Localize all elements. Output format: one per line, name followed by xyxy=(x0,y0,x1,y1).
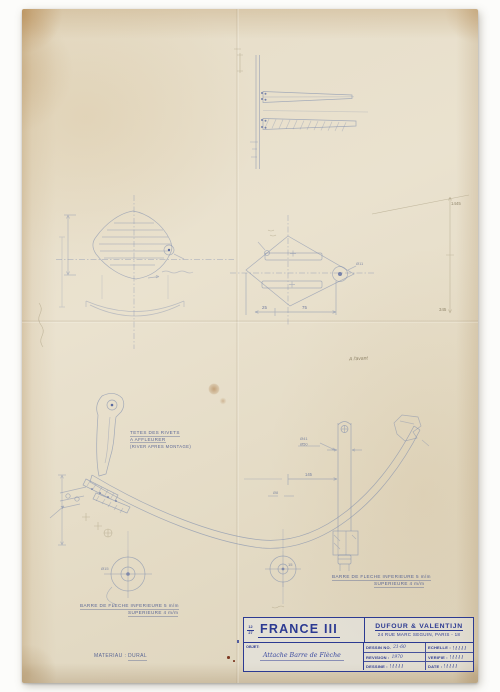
field-dessin-value: 21-60 xyxy=(393,645,406,650)
company-address: 24 RUE MARC SEGUIN, PARIS - 18 xyxy=(378,632,460,637)
material-note: MATERIAU : DURAL xyxy=(94,653,147,661)
field-dessin: DESSIN NO. 21-60 xyxy=(364,643,426,652)
field-revision-label: REVISION : xyxy=(366,655,390,660)
field-dessin-label: DESSIN NO. xyxy=(366,645,391,650)
diamond-plate-detail: 25 75 Ø11 xyxy=(230,215,374,325)
sheet-number: 12 27 xyxy=(247,625,254,634)
dim-label: Ø15 xyxy=(101,566,109,571)
title-block-fields: DESSIN NO. 21-60 ECHELLE : REVISION : 19… xyxy=(364,643,473,670)
pencil-dim-label: 1445 xyxy=(451,201,461,206)
title-block-bottom-row: OBJET: Attache Barre de Flèche DESSIN NO… xyxy=(244,643,473,670)
material-note-label: MATERIAU : xyxy=(94,653,126,659)
title-block: 12 27 FRANCE III DUFOUR & VALENTIJN 24 R… xyxy=(243,617,474,672)
field-date-label: DATE : xyxy=(428,664,442,669)
dim-label: Ø8 xyxy=(273,491,278,495)
field-verifie: VERIFIE : xyxy=(426,652,473,661)
dim-label: 25 xyxy=(262,305,267,310)
pencil-dim-label: 345 xyxy=(439,307,447,312)
registration-tick xyxy=(237,640,239,643)
objet-value-handwritten: Attache Barre de Flèche xyxy=(260,652,344,661)
sheet-number-bottom: 27 xyxy=(248,631,252,635)
right-spreader-note-line2: SUPERIEURE 4 m/m xyxy=(374,581,424,588)
field-date-handwritten-value xyxy=(444,664,457,668)
field-verifie-label: VERIFIE : xyxy=(428,655,448,660)
left-spreader-note-line1: BARRE DE FLECHE INFERIEURE 5 m/m xyxy=(80,603,179,610)
left-spreader-note: BARRE DE FLECHE INFERIEURE 5 m/m xyxy=(80,603,179,610)
right-spreader-note: BARRE DE FLECHE INFERIEURE 5 m/m xyxy=(332,574,431,581)
material-note-value: DURAL xyxy=(128,653,147,661)
rivets-note: TETES DES RIVETS A AFFLEURER (RIVER APRE… xyxy=(130,430,191,450)
dim-label: 75 xyxy=(302,305,307,310)
left-spreader-note-line2: SUPERIEURE 4 m/m xyxy=(128,610,178,617)
field-echelle-handwritten-value xyxy=(453,646,466,650)
field-dessine-label: DESSINE : xyxy=(366,664,388,669)
field-verifie-handwritten-value xyxy=(450,655,463,659)
right-spreader-note-2: SUPERIEURE 4 m/m xyxy=(374,581,424,588)
right-spreader-note-line1: BARRE DE FLECHE INFERIEURE 5 m/m xyxy=(332,574,431,581)
rivets-note-line2: A AFFLEURER xyxy=(130,437,166,444)
field-date: DATE : xyxy=(426,661,473,670)
objet-label: OBJET: xyxy=(246,645,260,649)
title-block-top-row: 12 27 FRANCE III DUFOUR & VALENTIJN 24 R… xyxy=(244,618,473,643)
title-cell: 12 27 FRANCE III xyxy=(244,618,364,642)
dim-label: 145 xyxy=(305,472,313,477)
field-echelle-label: ECHELLE : xyxy=(428,645,451,650)
field-dessine: DESSINE : xyxy=(364,661,426,670)
ink-speck xyxy=(233,660,235,662)
objet-cell: OBJET: Attache Barre de Flèche xyxy=(244,643,364,670)
pencil-front-note-text: A l'avant xyxy=(349,356,368,363)
field-revision: REVISION : 1970 xyxy=(364,652,426,661)
pencil-front-note: A l'avant xyxy=(349,356,368,363)
company-cell: DUFOUR & VALENTIJN 24 RUE MARC SEGUIN, P… xyxy=(364,618,473,642)
field-revision-value: 1970 xyxy=(392,655,403,660)
drawing-title: FRANCE III xyxy=(258,622,340,638)
dim-label: Ø50 xyxy=(300,442,308,447)
pencil-marks: 1445 345 xyxy=(39,49,469,608)
photo-of-blueprint: 25 75 Ø11 xyxy=(0,0,500,692)
field-dessine-handwritten-value xyxy=(390,664,403,668)
mast-spreader-side-view xyxy=(250,55,368,169)
field-echelle: ECHELLE : xyxy=(426,643,473,652)
dim-label: Ø11 xyxy=(356,261,364,266)
rivets-note-line1: TETES DES RIVETS xyxy=(130,430,180,437)
company-name: DUFOUR & VALENTIJN xyxy=(375,623,463,632)
left-spreader-note-2: SUPERIEURE 4 m/m xyxy=(128,610,178,617)
dim-label: Ø41 xyxy=(300,436,308,441)
ink-speck xyxy=(227,656,230,659)
dim-label: 15 xyxy=(288,562,293,567)
drawing-sheet: 25 75 Ø11 xyxy=(22,9,478,683)
lens-plate-detail xyxy=(56,195,234,349)
rivets-note-line3: (RIVER APRES MONTAGE) xyxy=(130,444,191,449)
